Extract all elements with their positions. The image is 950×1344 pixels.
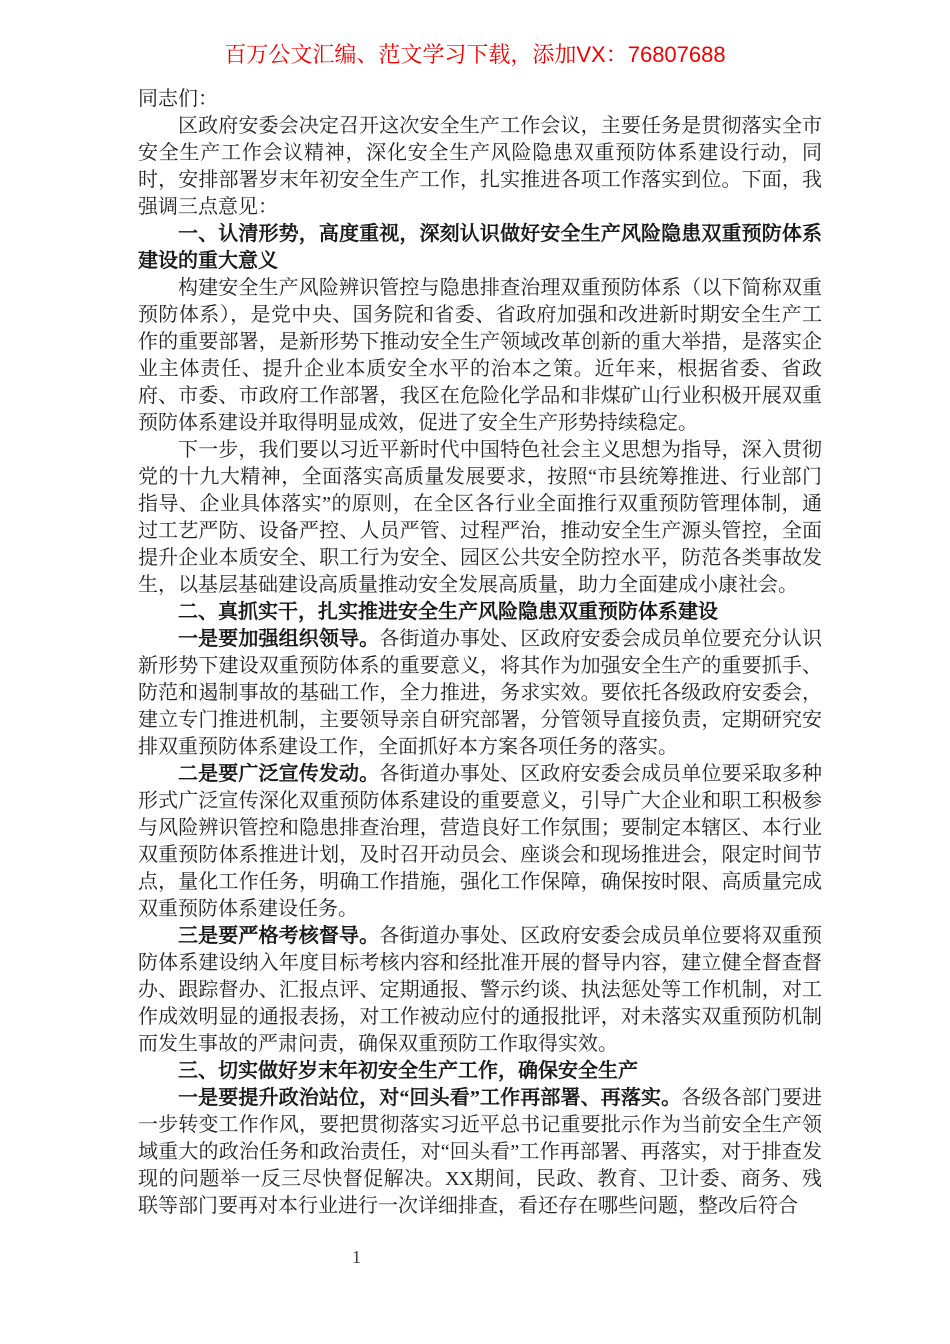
section-heading-1: 一、认清形势，高度重视，深刻认识做好安全生产风险隐患双重预防体系建设的重大意义 (138, 221, 822, 275)
paragraph-lead: 一是要提升政治站位，对“回头看”工作再部署、再落实。 (178, 1087, 681, 1109)
paragraph-lead: 二是要广泛宣传发动。 (178, 763, 379, 785)
paragraph: 一是要加强组织领导。各街道办事处、区政府安委会成员单位要充分认识新形势下建设双重… (138, 626, 822, 761)
paragraph: 下一步，我们要以习近平新时代中国特色社会主义思想为指导，深入贯彻党的十九大精神，… (138, 437, 822, 599)
salutation: 同志们： (138, 86, 822, 113)
document-body: 同志们： 区政府安委会决定召开这次安全生产工作会议，主要任务是贯彻落实全市安全生… (138, 86, 822, 1220)
paragraph: 一是要提升政治站位，对“回头看”工作再部署、再落实。各级各部门要进一步转变工作作… (138, 1085, 822, 1220)
paragraph: 二是要广泛宣传发动。各街道办事处、区政府安委会成员单位要采取多种形式广泛宣传深化… (138, 761, 822, 923)
section-heading-3: 三、切实做好岁末年初安全生产工作，确保安全生产 (138, 1058, 822, 1085)
promo-header-text: 百万公文汇编、范文学习下载，添加VX：76807688 (0, 40, 950, 70)
paragraph-text: 各街道办事处、区政府安委会成员单位要采取多种形式广泛宣传深化双重预防体系建设的重… (138, 763, 822, 920)
paragraph-lead: 一是要加强组织领导。 (178, 628, 379, 650)
paragraph: 构建安全生产风险辨识管控与隐患排查治理双重预防体系（以下简称双重预防体系），是党… (138, 275, 822, 437)
section-heading-2: 二、真抓实干，扎实推进安全生产风险隐患双重预防体系建设 (138, 599, 822, 626)
paragraph: 三是要严格考核督导。各街道办事处、区政府安委会成员单位要将双重预防体系建设纳入年… (138, 923, 822, 1058)
document-page: 百万公文汇编、范文学习下载，添加VX：76807688 同志们： 区政府安委会决… (0, 0, 950, 1344)
paragraph-lead: 三是要严格考核督导。 (178, 925, 379, 947)
paragraph: 区政府安委会决定召开这次安全生产工作会议，主要任务是贯彻落实全市安全生产工作会议… (138, 113, 822, 221)
page-number: 1 (352, 1246, 361, 1268)
